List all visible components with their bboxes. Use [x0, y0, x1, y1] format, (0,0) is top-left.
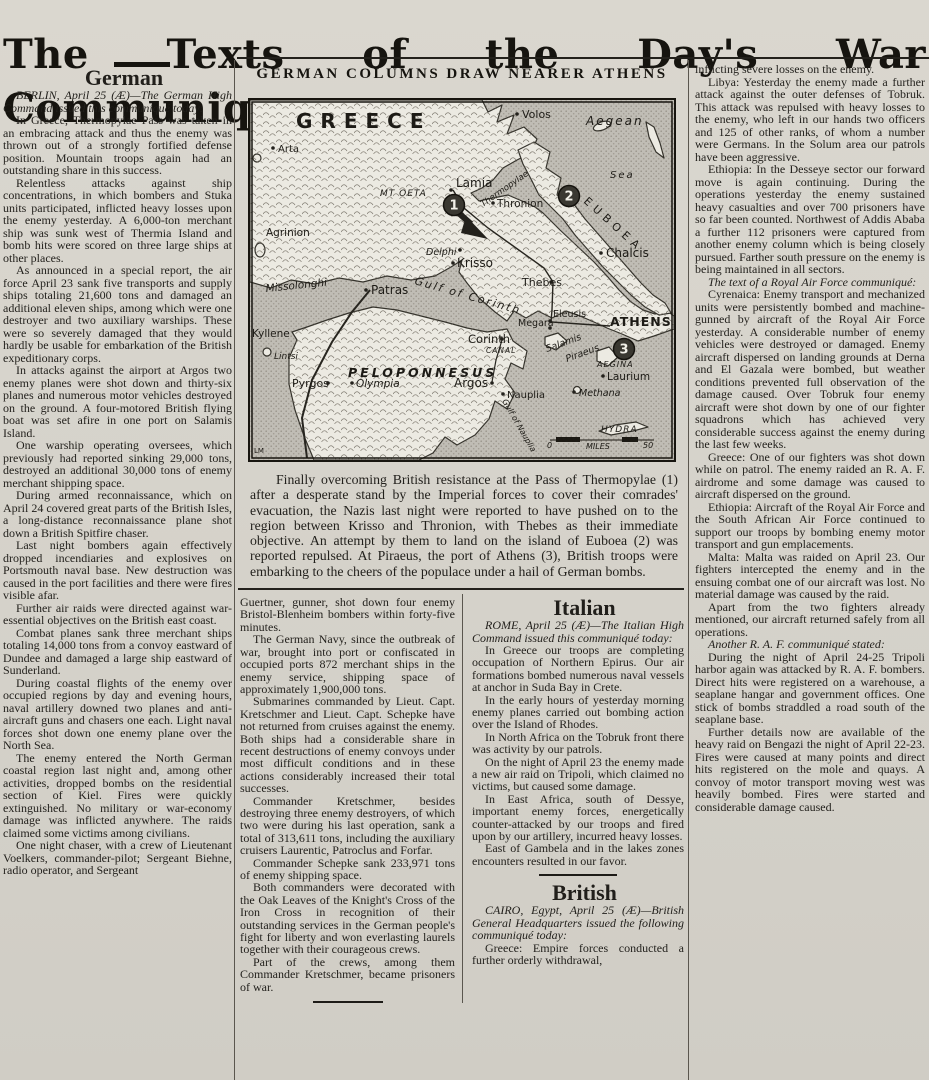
paragraph: Greece: One of our fighters was shot dow…: [695, 451, 925, 501]
map-label: Lamia: [456, 176, 492, 190]
paragraph: Commander Kretschmer, besides destroying…: [240, 795, 455, 857]
map-label: Patras: [371, 283, 408, 297]
german-end-rule: [313, 1001, 383, 1003]
paragraph: Apart from the two fighters already ment…: [695, 601, 925, 639]
paragraph: Ethiopia: In the Desseye sector our forw…: [695, 163, 925, 276]
paragraph: The German Navy, since the outbreak of w…: [240, 633, 455, 695]
british-continued-section: inflicting severe losses on the enemy.Li…: [695, 60, 925, 1080]
paragraph: In the early hours of yesterday morning …: [472, 694, 684, 731]
town-dot: [572, 390, 576, 394]
map-label: Olympia: [356, 378, 400, 390]
town-dot: [449, 188, 453, 192]
paragraph: During armed reconnaissance, which on Ap…: [3, 489, 232, 539]
paragraph: Cyrenaica: Enemy transport and mechanize…: [695, 288, 925, 451]
town-dot: [364, 288, 368, 292]
paragraph: Relentless attacks against ship concentr…: [3, 177, 232, 265]
german-section: German BERLIN, April 25 (Æ)—The German H…: [3, 60, 232, 1080]
paragraph: Guertner, gunner, shot down four enemy B…: [240, 596, 455, 633]
map-heading: GERMAN COLUMNS DRAW NEARER ATHENS: [238, 66, 686, 83]
map-label: Sea: [610, 170, 635, 181]
greece-map: GREECEVolosAegeanSeaArtaLamiaMT OETATher…: [248, 98, 676, 462]
german-continued-body: Guertner, gunner, shot down four enemy B…: [240, 596, 455, 993]
map-marker-number: 3: [619, 343, 628, 358]
map-label: Arta: [278, 144, 299, 155]
paragraph: In attacks against the airport at Argos …: [3, 364, 232, 439]
british-body: Greece: Empire forces conducted a furthe…: [472, 942, 684, 967]
paragraph: Libya: Yesterday the enemy made a furthe…: [695, 76, 925, 164]
map-marker-number: 2: [564, 190, 573, 205]
paragraph: During the night of April 24-25 Tripoli …: [695, 651, 925, 726]
german-body: In Greece, Thermopylae Pass was taken in…: [3, 114, 232, 877]
german-heading: German: [3, 66, 232, 89]
paragraph: As announced in a special report, the ai…: [3, 264, 232, 364]
paragraph: The enemy entered the North German coast…: [3, 752, 232, 840]
paragraph: In East Africa, south of Dessye, importa…: [472, 793, 684, 843]
map-label: Corinth: [468, 332, 510, 346]
map-label: Thronion: [496, 198, 543, 210]
caption-divider: [238, 588, 684, 590]
paragraph: Ethiopia: Aircraft of the Royal Air Forc…: [695, 501, 925, 551]
town-dot: [501, 392, 505, 396]
paragraph: Part of the crews, among them Commander …: [240, 956, 455, 993]
scale-fifty: 50: [643, 441, 653, 450]
town-dot: [271, 146, 275, 150]
paragraph: One warship operating oversees, which pr…: [3, 439, 232, 489]
map-caption: Finally overcoming British resistance at…: [238, 462, 686, 579]
map-label: CANAL: [486, 346, 516, 355]
map-label: Aegean: [585, 114, 644, 128]
british-continued-body: inflicting severe losses on the enemy.Li…: [695, 63, 925, 813]
map-label: Pyrgos: [292, 377, 329, 390]
map-label: Krisso: [457, 256, 493, 270]
lintsi-island: [263, 348, 271, 356]
map-label: Nauplia: [507, 390, 545, 401]
map-label: Methana: [579, 388, 621, 399]
paragraph: Another R. A. F. communiqué stated:: [695, 638, 925, 651]
paragraph: Greece: Empire forces conducted a furthe…: [472, 942, 684, 967]
british-heading: British: [472, 881, 684, 904]
map-label: GREECE: [296, 109, 431, 133]
paragraph: During coastal flights of the enemy over…: [3, 677, 232, 752]
column-divider-left: [234, 60, 235, 1080]
paragraph: Further air raids were directed against …: [3, 602, 232, 627]
paragraph: inflicting severe losses on the enemy.: [695, 63, 925, 76]
paragraph: One night chaser, with a crew of Lieuten…: [3, 839, 232, 877]
map-credit: LM: [254, 447, 264, 455]
paragraph: In Greece our troops are completing occu…: [472, 644, 684, 694]
map-label: AEGINA: [596, 360, 634, 369]
map-label: ATHENS: [610, 314, 672, 329]
newspaper-page: The Texts of the Day's War Communiques G…: [0, 0, 929, 1080]
paragraph: Further details now are available of the…: [695, 726, 925, 814]
paragraph: Submarines commanded by Lieut. Capt. Kre…: [240, 695, 455, 794]
map-label: Thebes: [521, 276, 562, 289]
british-dateline: CAIRO, Egypt, April 25 (Æ)—British Gener…: [472, 904, 684, 941]
map-label: Laurium: [607, 371, 650, 383]
german-dateline: BERLIN, April 25 (Æ)—The German High Com…: [3, 89, 232, 114]
map-label: Argos: [454, 376, 488, 390]
column-divider-right: [688, 60, 689, 1080]
map-label: Eleusis: [553, 309, 586, 320]
paragraph: Commander Schepke sank 233,971 tons of e…: [240, 857, 455, 882]
map-marker-number: 1: [449, 199, 458, 214]
paragraph: On the night of April 23 the enemy made …: [472, 756, 684, 793]
town-dot: [458, 248, 462, 252]
town-dot: [490, 381, 494, 385]
map-label: Lintsi: [274, 352, 298, 362]
town-dot: [350, 381, 354, 385]
town-dot: [601, 374, 605, 378]
italian-body: In Greece our troops are completing occu…: [472, 644, 684, 867]
map-label: Delphi: [426, 247, 457, 258]
italian-heading: Italian: [472, 596, 684, 619]
town-dot: [599, 251, 603, 255]
paragraph: East of Gambela and in the lakes zones e…: [472, 842, 684, 867]
scale-zero: 0: [547, 441, 552, 450]
town-dot: [515, 112, 519, 116]
british-section-rule: [539, 874, 617, 876]
town-dot: [451, 261, 455, 265]
map-label: HYDRA: [601, 425, 638, 435]
paragraph: Last night bombers again effectively dro…: [3, 539, 232, 602]
italian-dateline: ROME, April 25 (Æ)—The Italian High Comm…: [472, 619, 684, 644]
map-label: Megara: [518, 318, 554, 329]
paragraph: In Greece, Thermopylae Pass was taken in…: [3, 114, 232, 177]
german-continued: Guertner, gunner, shot down four enemy B…: [238, 594, 462, 1003]
scale-unit: MILES: [586, 442, 610, 451]
map-label: Agrinion: [266, 227, 310, 239]
paragraph: In North Africa on the Tobruk front ther…: [472, 731, 684, 756]
italian-british-subcolumn: Italian ROME, April 25 (Æ)—The Italian H…: [462, 594, 686, 1003]
map-label: Kyllene: [252, 328, 290, 340]
paragraph: Both commanders were decorated with the …: [240, 881, 455, 955]
center-column: GERMAN COLUMNS DRAW NEARER ATHENS: [238, 58, 686, 1080]
map-label: MT OETA: [380, 189, 427, 199]
paragraph: Malta: Malta was raided on April 23. Our…: [695, 551, 925, 601]
center-subcolumns: Guertner, gunner, shot down four enemy B…: [238, 594, 686, 1003]
map-label: Volos: [522, 108, 551, 121]
paragraph: Combat planes sank three merchant ships …: [3, 627, 232, 677]
greece-map-svg: GREECEVolosAegeanSeaArtaLamiaMT OETATher…: [250, 100, 674, 460]
